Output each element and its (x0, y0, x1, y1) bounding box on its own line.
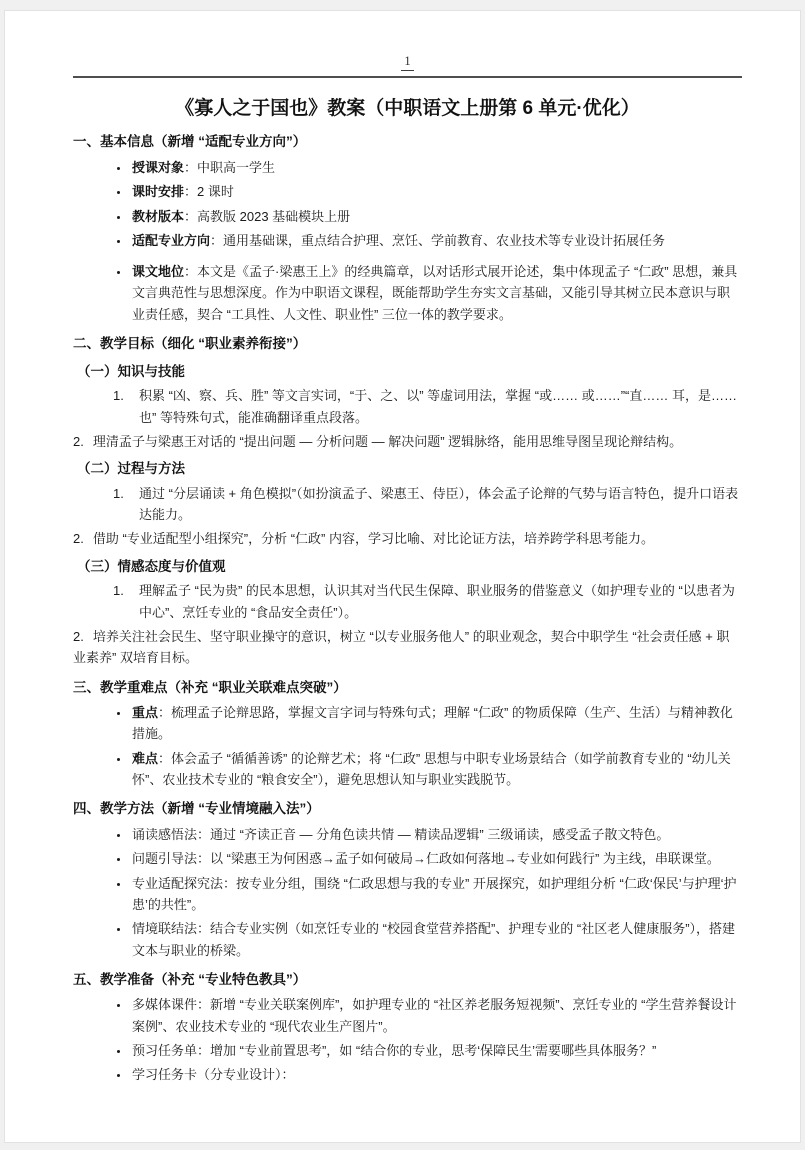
subsection-heading-knowledge: （一）知识与技能 (77, 361, 742, 383)
item-text: 诵读感悟法：通过 “齐读正音 — 分角色读共情 — 精读品逻辑” 三级诵读，感受… (132, 827, 669, 842)
list-item: 多媒体课件：新增 “专业关联案例库”，如护理专业的 “社区养老服务短视频”、烹饪… (130, 994, 742, 1037)
item-label: 难点 (132, 751, 158, 766)
item-text: 积累 “凶、察、兵、胜” 等文言实词，“于、之、以” 等虚词用法，掌握 “或……… (139, 388, 737, 424)
key-points-list: 重点：梳理孟子论辩思路，掌握文言字词与特殊句式；理解 “仁政” 的物质保障（生产… (73, 702, 742, 790)
list-item: 教材版本：高教版 2023 基础模块上册 (130, 206, 742, 227)
item-text: 多媒体课件：新增 “专业关联案例库”，如护理专业的 “社区养老服务短视频”、烹饪… (132, 997, 736, 1033)
item-text: ：本文是《孟子·梁惠王上》的经典篇章，以对话形式展开论述，集中体现孟子 “仁政”… (132, 264, 737, 322)
document-viewer-background: 1 《寡人之于国也》教案（中职语文上册第 6 单元·优化） 一、基本信息（新增 … (0, 0, 805, 1150)
item-text: 情境联结法：结合专业实例（如烹饪专业的 “校园食堂营养搭配”、护理专业的 “社区… (132, 921, 735, 957)
header-rule (73, 76, 742, 78)
item-text: 专业适配探究法：按专业分组，围绕 “仁政思想与我的专业” 开展探究，如护理组分析… (132, 876, 737, 912)
numbered-item: 1.理解孟子 “民为贵” 的民本思想，认识其对当代民生保障、职业服务的借鉴意义（… (113, 580, 742, 623)
methods-list: 诵读感悟法：通过 “齐读正音 — 分角色读共情 — 精读品逻辑” 三级诵读，感受… (73, 824, 742, 961)
item-number: 1. (113, 580, 139, 601)
list-item: 授课对象：中职高一学生 (130, 157, 742, 178)
item-text: ：梳理孟子论辩思路，掌握文言字词与特殊句式；理解 “仁政” 的物质保障（生产、生… (132, 705, 733, 741)
section-heading-basic-info: 一、基本信息（新增 “适配专业方向”） (73, 131, 742, 153)
section-heading-objectives: 二、教学目标（细化 “职业素养衔接”） (73, 333, 742, 355)
item-label: 教材版本 (132, 209, 184, 224)
list-item: 专业适配探究法：按专业分组，围绕 “仁政思想与我的专业” 开展探究，如护理组分析… (130, 873, 742, 916)
item-label: 课文地位 (132, 264, 184, 279)
item-text: ：高教版 2023 基础模块上册 (184, 209, 350, 224)
item-text: ：通用基础课，重点结合护理、烹饪、学前教育、农业技术等专业设计拓展任务 (210, 233, 665, 248)
list-item: 重点：梳理孟子论辩思路，掌握文言字词与特殊句式；理解 “仁政” 的物质保障（生产… (130, 702, 742, 745)
item-number: 2. (73, 629, 84, 644)
item-number: 2. (73, 434, 84, 449)
item-text: 借助 “专业适配型小组探究”，分析 “仁政” 内容，学习比喻、对比论证方法，培养… (93, 531, 654, 546)
item-text: ：中职高一学生 (184, 160, 275, 175)
list-item: 适配专业方向：通用基础课，重点结合护理、烹饪、学前教育、农业技术等专业设计拓展任… (130, 230, 742, 251)
section-heading-key-points: 三、教学重难点（补充 “职业关联难点突破”） (73, 677, 742, 699)
item-number: 2. (73, 531, 84, 546)
item-text: 理解孟子 “民为贵” 的民本思想，认识其对当代民生保障、职业服务的借鉴意义（如护… (139, 583, 735, 619)
document-page: 1 《寡人之于国也》教案（中职语文上册第 6 单元·优化） 一、基本信息（新增 … (4, 10, 801, 1143)
preparation-list: 多媒体课件：新增 “专业关联案例库”，如护理专业的 “社区养老服务短视频”、烹饪… (73, 994, 742, 1085)
item-text: 问题引导法：以 “梁惠王为何困惑→孟子如何破局→仁政如何落地→专业如何践行” 为… (132, 851, 720, 866)
list-item: 诵读感悟法：通过 “齐读正音 — 分角色读共情 — 精读品逻辑” 三级诵读，感受… (130, 824, 742, 845)
item-number: 1. (113, 385, 139, 406)
item-text: 培养关注社会民生、坚守职业操守的意识，树立 “以专业服务他人” 的职业观念，契合… (73, 629, 729, 665)
item-text: 预习任务单：增加 “专业前置思考”，如 “结合你的专业，思考‘保障民生’需要哪些… (132, 1043, 656, 1058)
list-item: 情境联结法：结合专业实例（如烹饪专业的 “校园食堂营养搭配”、护理专业的 “社区… (130, 918, 742, 961)
numbered-item: 2.借助 “专业适配型小组探究”，分析 “仁政” 内容，学习比喻、对比论证方法，… (73, 528, 742, 549)
numbered-item: 1.通过 “分层诵读 + 角色模拟”（如扮演孟子、梁惠王、侍臣），体会孟子论辩的… (113, 483, 742, 526)
item-text: 学习任务卡（分专业设计）： (132, 1067, 295, 1082)
list-item: 问题引导法：以 “梁惠王为何困惑→孟子如何破局→仁政如何落地→专业如何践行” 为… (130, 848, 742, 869)
page-header: 1 (73, 55, 742, 71)
item-text: ：体会孟子 “循循善诱” 的论辩艺术；将 “仁政” 思想与中职专业场景结合（如学… (132, 751, 731, 787)
numbered-item: 2.培养关注社会民生、坚守职业操守的意识，树立 “以专业服务他人” 的职业观念，… (73, 626, 742, 669)
item-label: 重点 (132, 705, 158, 720)
subsection-heading-process: （二）过程与方法 (77, 458, 742, 480)
list-item: 学习任务卡（分专业设计）： (130, 1064, 742, 1085)
section-heading-preparation: 五、教学准备（补充 “专业特色教具”） (73, 969, 742, 991)
subsection-heading-values: （三）情感态度与价值观 (77, 556, 742, 578)
document-title: 《寡人之于国也》教案（中职语文上册第 6 单元·优化） (73, 95, 742, 123)
list-item: 课文地位：本文是《孟子·梁惠王上》的经典篇章，以对话形式展开论述，集中体现孟子 … (130, 261, 742, 325)
basic-info-list: 授课对象：中职高一学生 课时安排：2 课时 教材版本：高教版 2023 基础模块… (73, 157, 742, 325)
item-number: 1. (113, 483, 139, 504)
numbered-item: 2.理清孟子与梁惠王对话的 “提出问题 — 分析问题 — 解决问题” 逻辑脉络，… (73, 431, 742, 452)
item-text: ：2 课时 (184, 184, 234, 199)
page-number: 1 (401, 55, 413, 71)
item-text: 通过 “分层诵读 + 角色模拟”（如扮演孟子、梁惠王、侍臣），体会孟子论辩的气势… (139, 486, 738, 522)
item-label: 授课对象 (132, 160, 184, 175)
section-heading-methods: 四、教学方法（新增 “专业情境融入法”） (73, 798, 742, 820)
item-label: 适配专业方向 (132, 233, 210, 248)
numbered-item: 1.积累 “凶、察、兵、胜” 等文言实词，“于、之、以” 等虚词用法，掌握 “或… (113, 385, 742, 428)
item-text: 理清孟子与梁惠王对话的 “提出问题 — 分析问题 — 解决问题” 逻辑脉络，能用… (93, 434, 682, 449)
item-label: 课时安排 (132, 184, 184, 199)
list-item: 预习任务单：增加 “专业前置思考”，如 “结合你的专业，思考‘保障民生’需要哪些… (130, 1040, 742, 1061)
list-item: 难点：体会孟子 “循循善诱” 的论辩艺术；将 “仁政” 思想与中职专业场景结合（… (130, 748, 742, 791)
list-item: 课时安排：2 课时 (130, 181, 742, 202)
